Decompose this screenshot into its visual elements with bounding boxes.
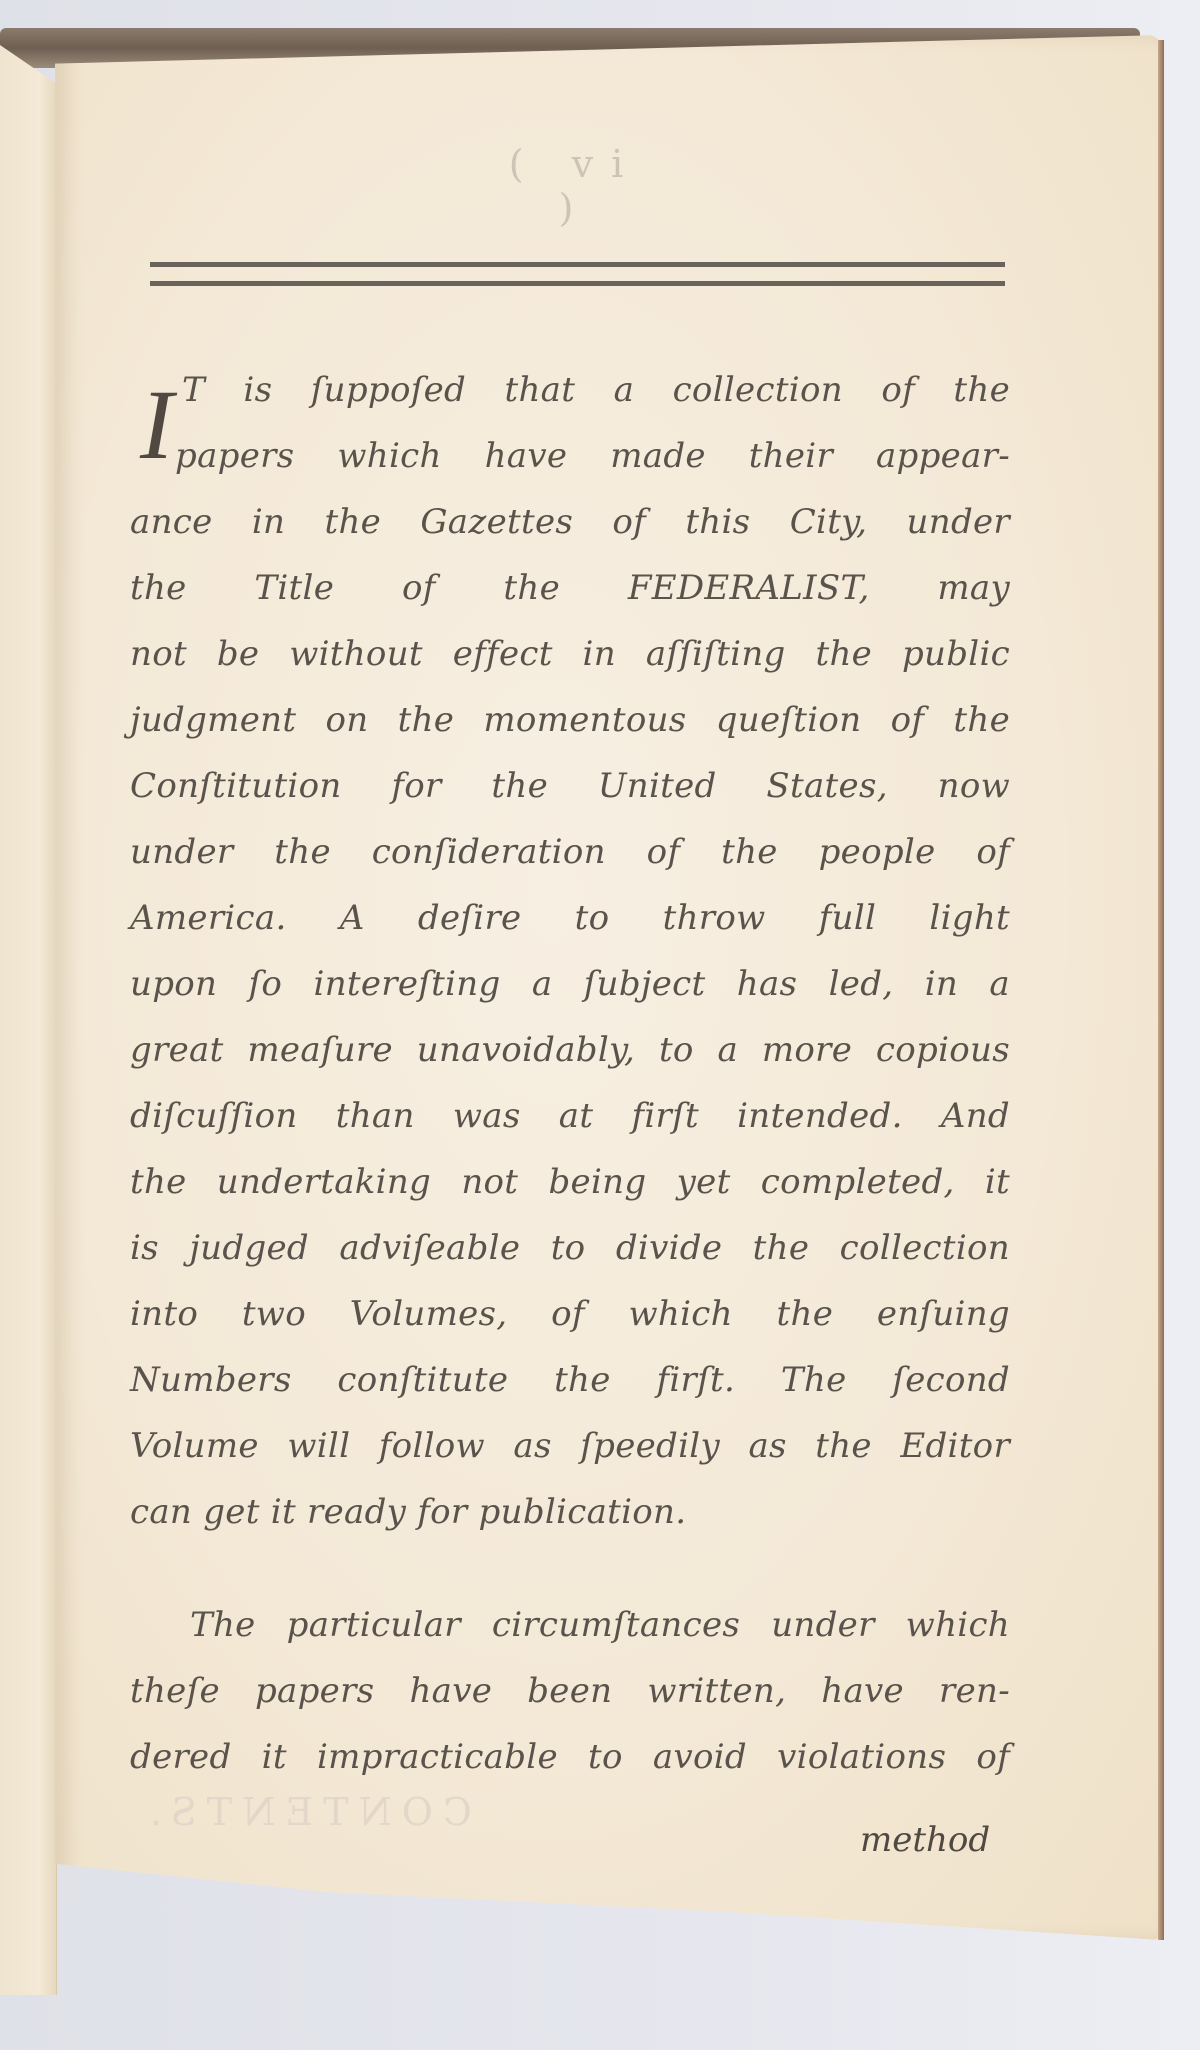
header-rule-top bbox=[150, 262, 1005, 267]
text-line: Volume will follow as ſpeedily as the Ed… bbox=[130, 1426, 1010, 1492]
header-rule-bottom bbox=[150, 281, 1005, 286]
page-fore-edge bbox=[1158, 40, 1164, 1940]
text-line: The particular circumſtances under which bbox=[190, 1605, 1010, 1671]
text-line: Numbers conſtitute the firſt. The ſecond bbox=[130, 1360, 1010, 1426]
catchword: method bbox=[860, 1820, 990, 1860]
text-line: theſe papers have been written, have ren… bbox=[130, 1671, 1010, 1737]
text-line: into two Volumes, of which the enſuing bbox=[130, 1294, 1010, 1360]
text-line: can get it ready for publication. bbox=[130, 1492, 1010, 1558]
drop-cap: I bbox=[140, 375, 173, 475]
facing-page-edge bbox=[0, 45, 57, 1995]
text-line: upon ſo intereſting a ſubject has led, i… bbox=[130, 964, 1010, 1030]
text-line: Conſtitution for the United States, now bbox=[130, 766, 1010, 832]
text-line: T is ſuppoſed that a collection of the bbox=[182, 370, 1010, 436]
text-line: papers which have made their appear- bbox=[175, 436, 1010, 502]
text-line: diſcuſſion than was at firſt intended. A… bbox=[130, 1096, 1010, 1162]
text-line: under the conſideration of the people of bbox=[130, 832, 1010, 898]
text-line: the undertaking not being yet completed,… bbox=[130, 1162, 1010, 1228]
show-through-text: CONTENTS. bbox=[140, 1790, 472, 1834]
text-line: not be without effect in aſſiſting the p… bbox=[130, 634, 1010, 700]
text-line: ance in the Gazettes of this City, under bbox=[130, 502, 1010, 568]
text-line: great meaſure unavoidably, to a more cop… bbox=[130, 1030, 1010, 1096]
text-line: the Title of the FEDERALIST, may bbox=[130, 568, 1010, 634]
text-line: judgment on the momentous queſtion of th… bbox=[130, 700, 1010, 766]
text-line: is judged adviſeable to divide the colle… bbox=[130, 1228, 1010, 1294]
page-number: ( vi ) bbox=[490, 142, 660, 230]
text-line: America. A deſire to throw full light bbox=[130, 898, 1010, 964]
